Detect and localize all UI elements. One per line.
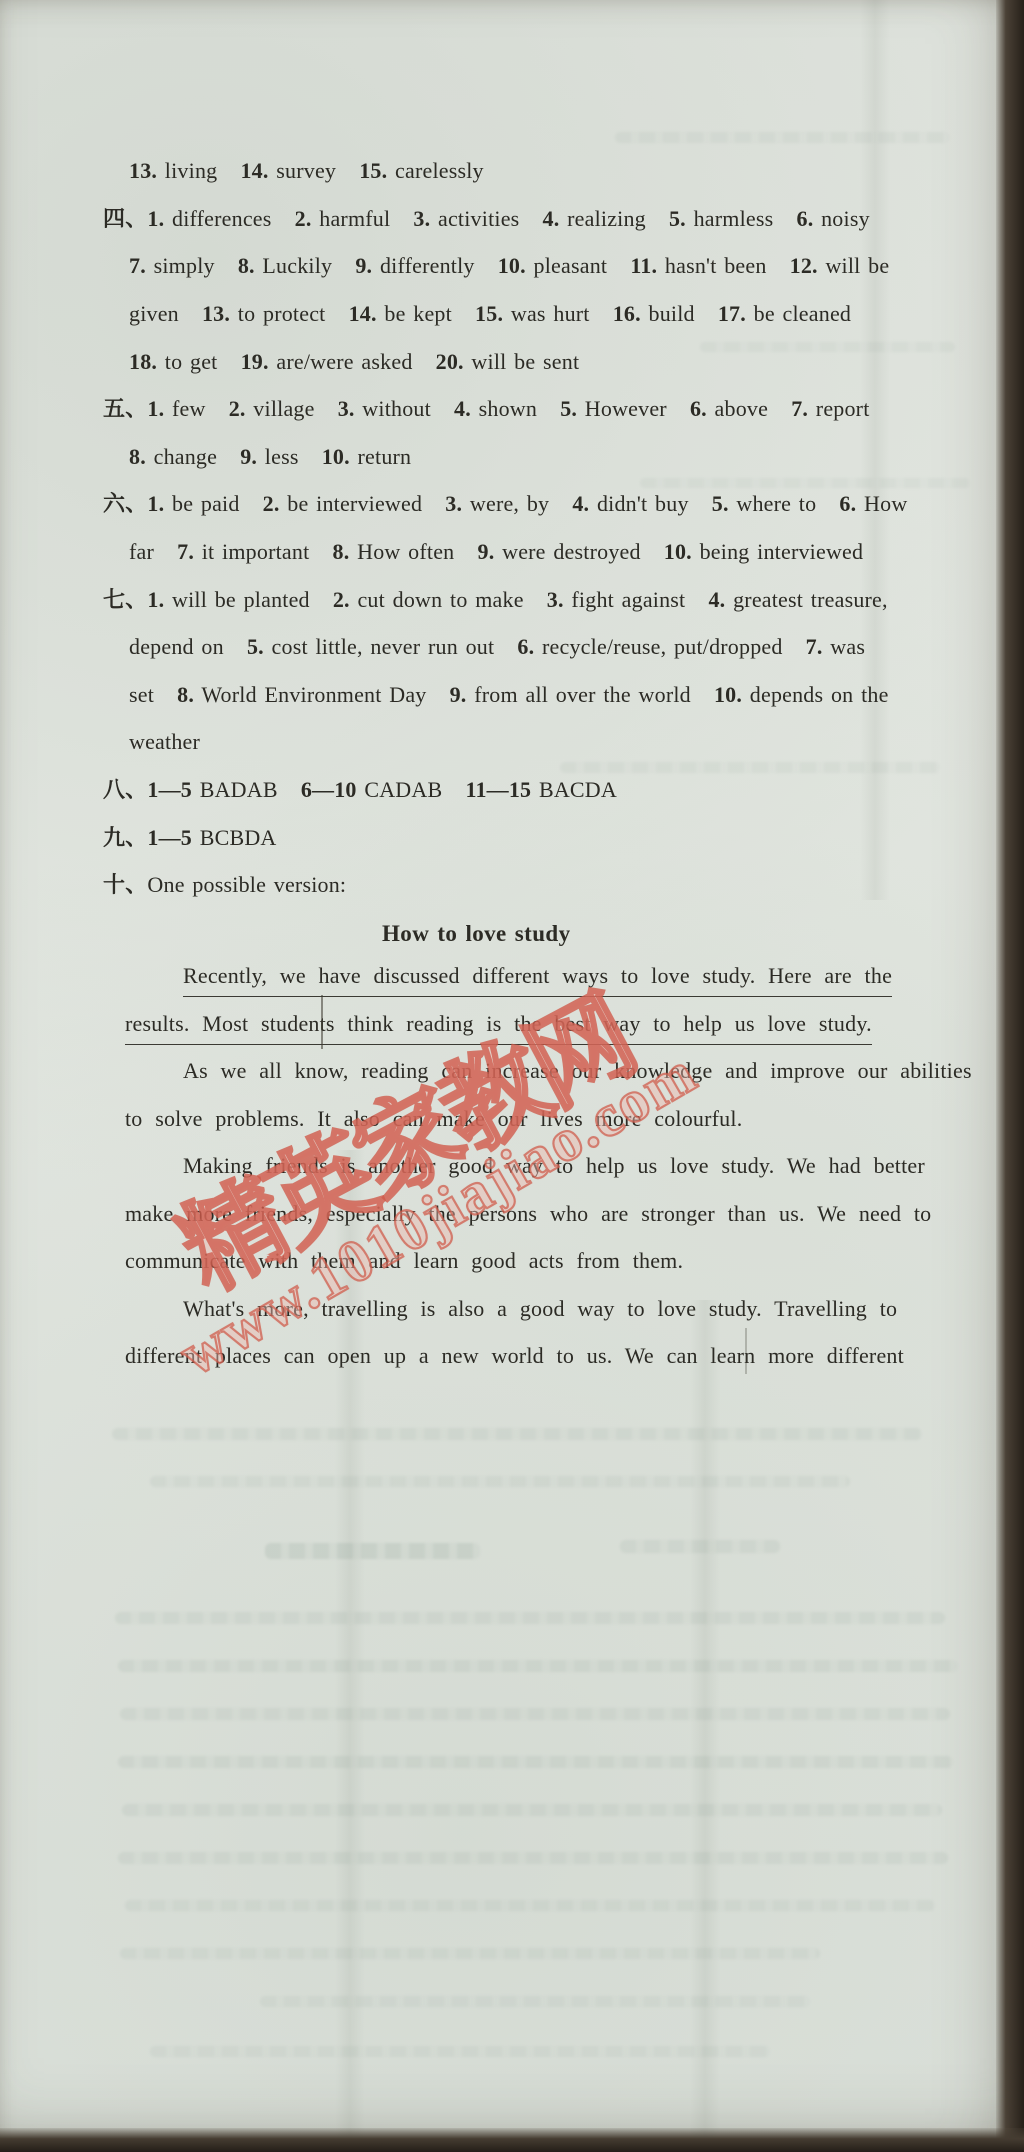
scan-artifact-line	[745, 1328, 747, 1374]
bleedthrough-line	[120, 1948, 820, 1959]
bleedthrough-line	[125, 1900, 935, 1911]
bleedthrough-line	[700, 342, 955, 352]
bleedthrough-line	[150, 2046, 770, 2057]
answer-line: far 7. it important 8. How often 9. were…	[129, 538, 863, 565]
bleedthrough-line	[112, 1428, 922, 1440]
bleedthrough-line	[150, 1476, 850, 1487]
answer-line: set 8. World Environment Day 9. from all…	[129, 681, 889, 708]
essay-line: As we all know, reading can increase our…	[183, 1057, 972, 1084]
essay-line: different places can open up a new world…	[125, 1342, 904, 1369]
answer-line: 七、1. will be planted 2. cut down to make…	[103, 586, 888, 613]
bleedthrough-line	[120, 1708, 950, 1720]
answer-line: given 13. to protect 14. be kept 15. was…	[129, 300, 851, 327]
scan-border-right	[996, 0, 1024, 2152]
answer-line: 十、One possible version:	[103, 871, 346, 898]
scanned-page: 13. living 14. survey 15. carelessly四、1.…	[0, 0, 1024, 2152]
answer-line: 四、1. differences 2. harmful 3. activitie…	[103, 205, 870, 232]
essay-line: communicate with them and learn good act…	[125, 1247, 683, 1274]
answer-line: depend on 5. cost little, never run out …	[129, 633, 865, 660]
answer-line: 九、1—5 BCBDA	[103, 824, 277, 851]
answer-line: 18. to get 19. are/were asked 20. will b…	[129, 348, 579, 375]
bleedthrough-line	[260, 1996, 810, 2007]
paper-crease	[690, 1300, 720, 2152]
essay-line: Making friends is another good way to he…	[183, 1152, 925, 1179]
bleedthrough-line	[122, 1804, 942, 1816]
essay-line: make more friends, especially the person…	[125, 1200, 931, 1227]
essay-line: to solve problems. It also can make our …	[125, 1105, 742, 1132]
bleedthrough-line	[118, 1852, 948, 1864]
scan-artifact-line	[321, 995, 323, 1049]
answer-line: 7. simply 8. Luckily 9. differently 10. …	[129, 252, 889, 279]
bleedthrough-line	[615, 132, 950, 143]
essay-line: results. Most students think reading is …	[125, 1010, 872, 1037]
essay-title: How to love study	[382, 920, 571, 947]
answer-line: 八、1—5 BADAB 6—10 CADAB 11—15 BACDA	[103, 776, 617, 803]
bleedthrough-line	[115, 1612, 945, 1624]
bleedthrough-line	[620, 1540, 780, 1553]
answer-line: 五、1. few 2. village 3. without 4. shown …	[103, 395, 870, 422]
answer-line: weather	[129, 728, 200, 755]
scan-border-bottom	[0, 2128, 1024, 2152]
paper-crease	[860, 0, 890, 900]
bleedthrough-line	[118, 1756, 953, 1768]
essay-line: What's more, travelling is also a good w…	[183, 1295, 897, 1322]
bleedthrough-line	[118, 1660, 958, 1672]
bleedthrough-line	[560, 762, 940, 773]
essay-line: Recently, we have discussed different wa…	[183, 962, 892, 989]
bleedthrough-line	[640, 478, 970, 488]
answer-line: 六、1. be paid 2. be interviewed 3. were, …	[103, 490, 907, 517]
answer-line: 13. living 14. survey 15. carelessly	[129, 157, 484, 184]
bleedthrough-line	[265, 1543, 480, 1559]
answer-line: 8. change 9. less 10. return	[129, 443, 411, 470]
